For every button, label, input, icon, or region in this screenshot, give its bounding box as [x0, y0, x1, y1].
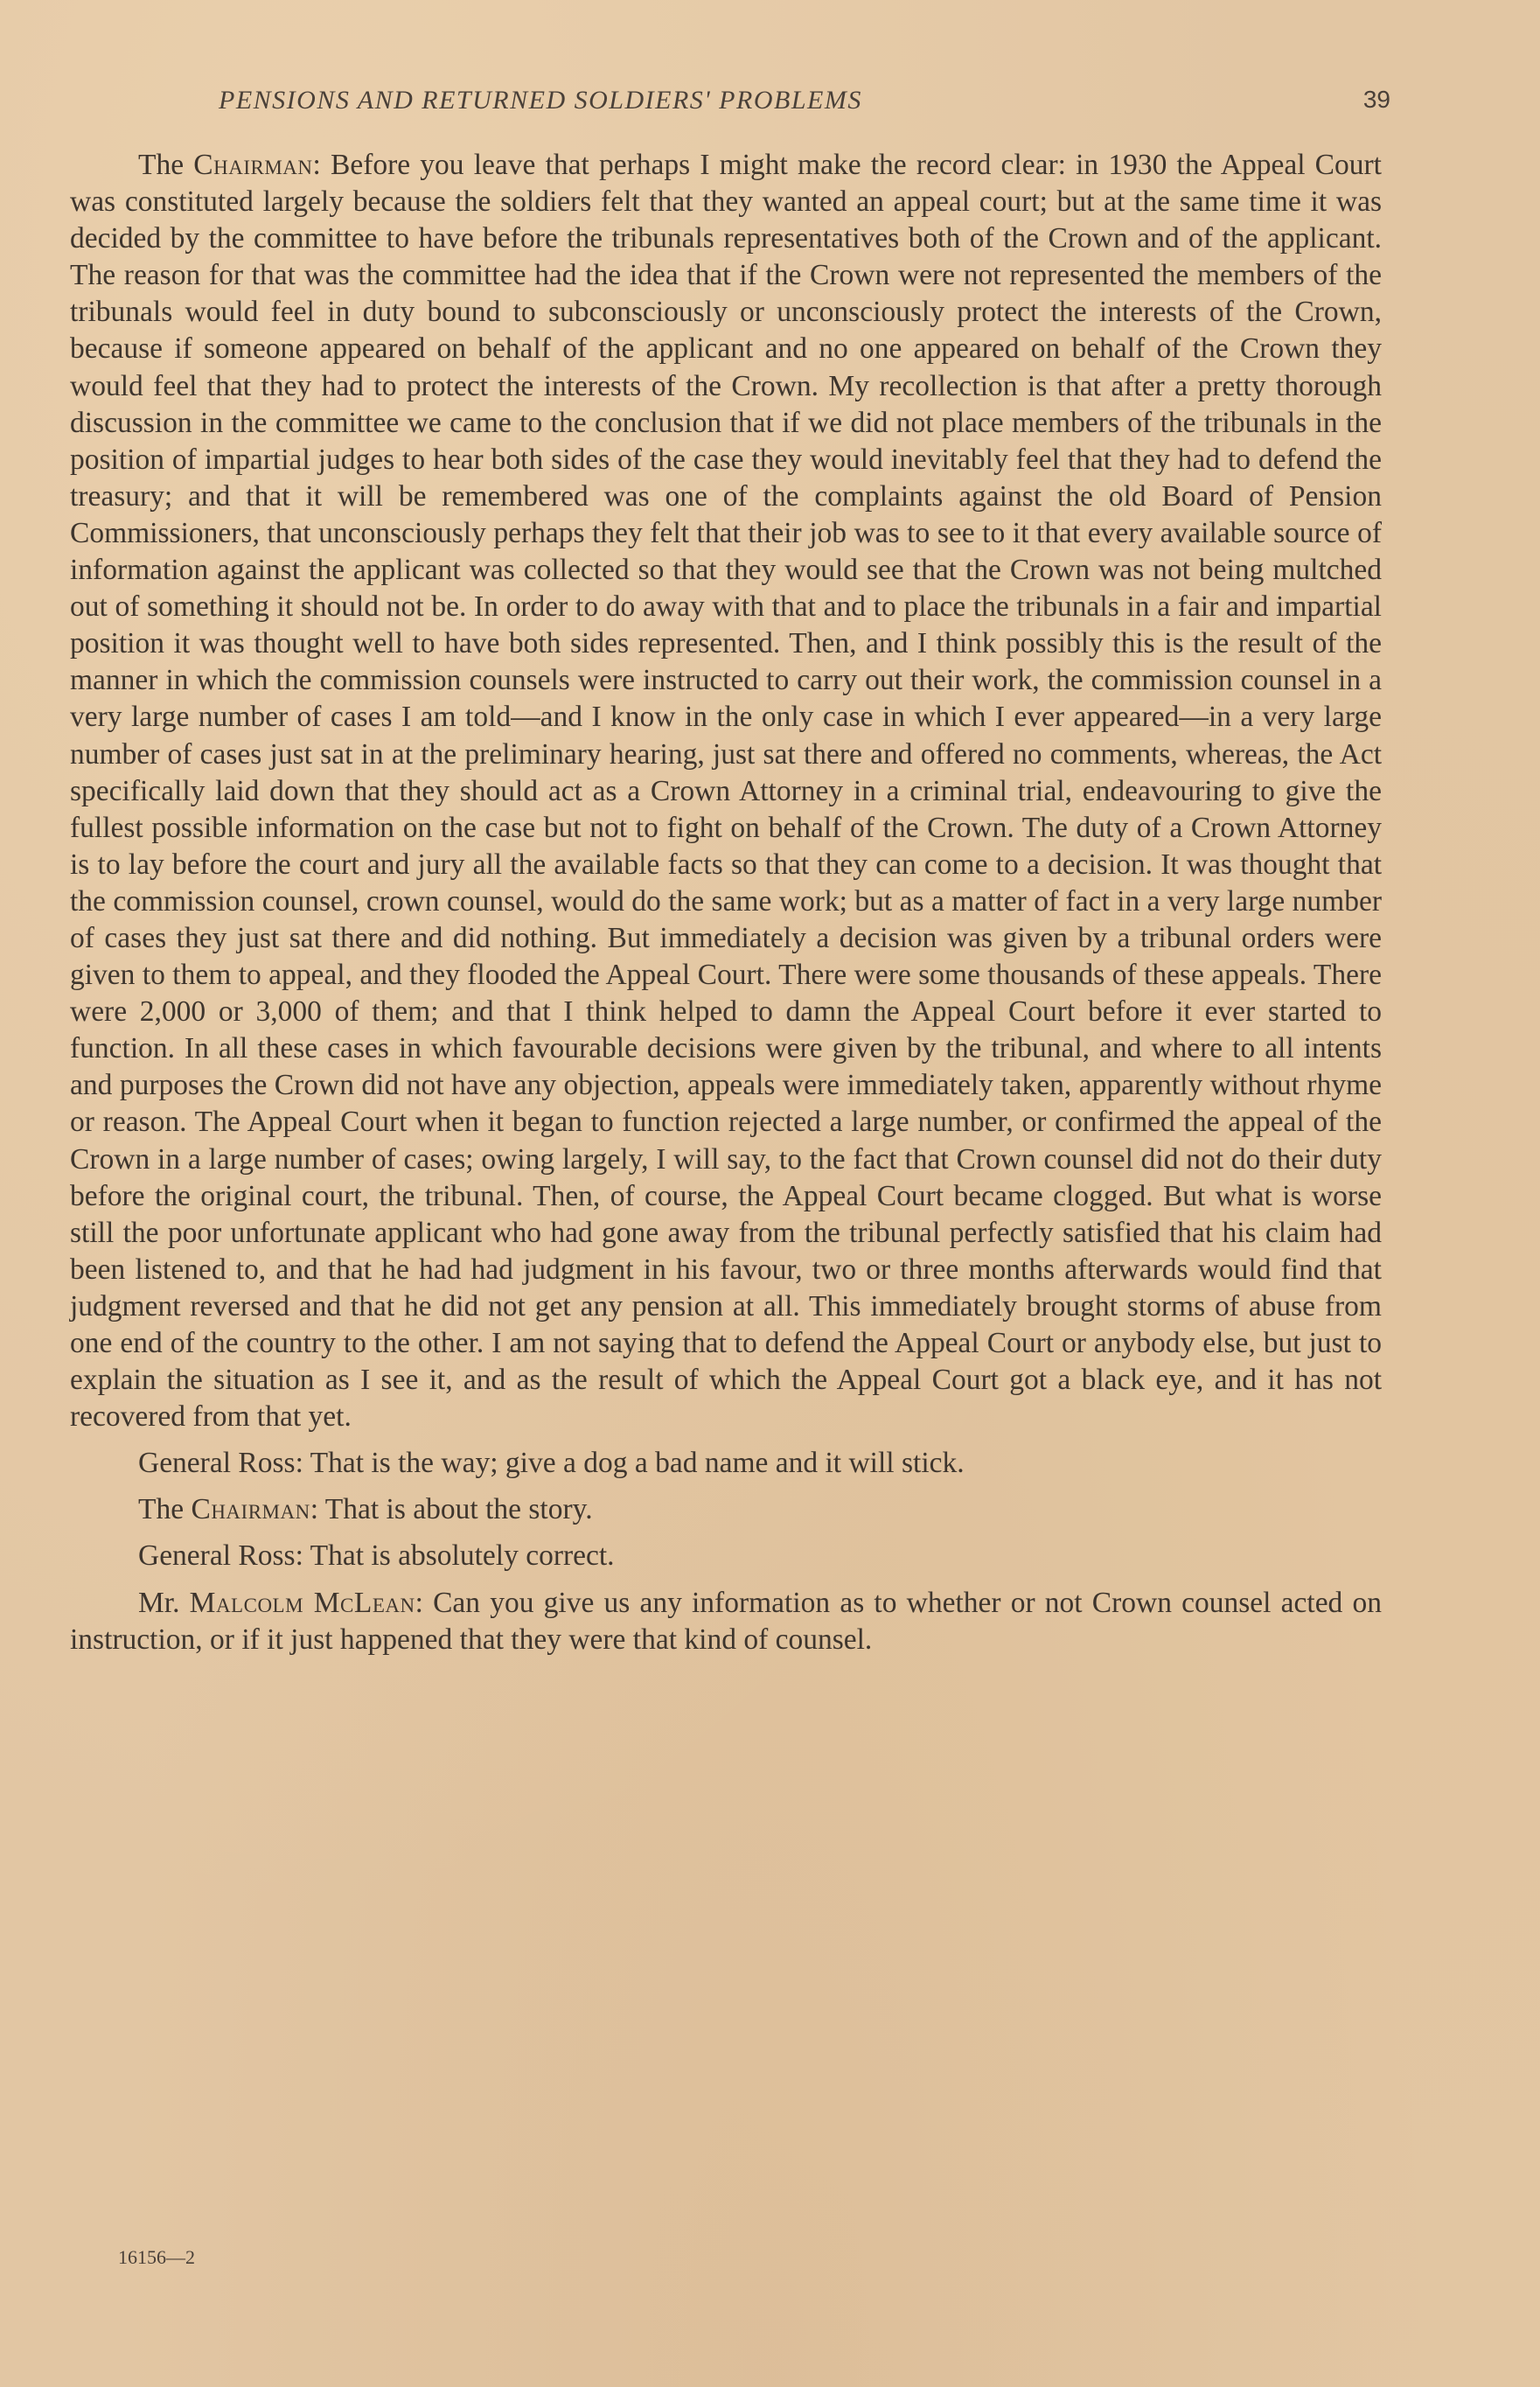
speaker-prefix: Mr.	[138, 1587, 190, 1619]
speaker-name: General Ross	[138, 1539, 296, 1572]
paragraph-general-ross-reply: General Ross: That is the way; give a do…	[70, 1445, 1382, 1482]
transcript-body: The Chairman: Before you leave that perh…	[70, 147, 1382, 1658]
speaker-prefix: The	[138, 149, 193, 181]
paragraph-general-ross-agreement: General Ross: That is absolutely correct…	[70, 1538, 1382, 1574]
page-number: 39	[1363, 86, 1390, 114]
running-title: PENSIONS AND RETURNED SOLDIERS' PROBLEMS	[219, 86, 862, 115]
speaker-prefix: The	[138, 1493, 191, 1525]
paragraph-chairman-statement: The Chairman: Before you leave that perh…	[70, 147, 1382, 1435]
paragraph-text: : That is the way; give a dog a bad name…	[296, 1447, 965, 1479]
paragraph-text: : That is about the story.	[310, 1493, 593, 1525]
paragraph-chairman-reply: The Chairman: That is about the story.	[70, 1491, 1382, 1528]
speaker-name: Malcolm McLean	[190, 1587, 415, 1619]
running-head: PENSIONS AND RETURNED SOLDIERS' PROBLEMS…	[219, 86, 1390, 121]
paragraph-text: : That is absolutely correct.	[296, 1539, 615, 1572]
paragraph-mclean-question: Mr. Malcolm McLean: Can you give us any …	[70, 1585, 1382, 1658]
speaker-name: Chairman	[193, 149, 312, 181]
speaker-name: Chairman	[191, 1493, 310, 1525]
printer-signature-code: 16156—2	[118, 2246, 195, 2269]
speaker-name: General Ross	[138, 1447, 296, 1479]
paragraph-text: : Before you leave that perhaps I might …	[70, 149, 1382, 1433]
